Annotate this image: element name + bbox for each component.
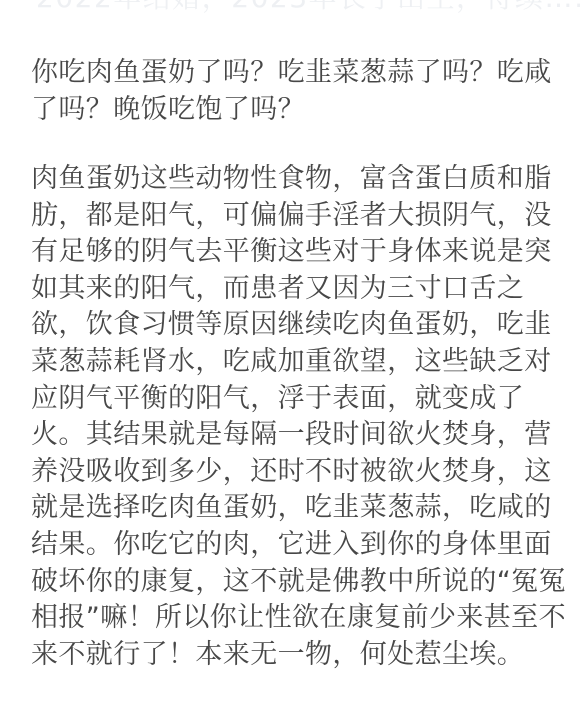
question-line-1: 你吃肉鱼蛋奶了吗？吃韭菜葱蒜了吗？吃咸 [31, 55, 561, 92]
body-line-13: 相报”嘛！所以你让性欲在康复前少来甚至不 [31, 600, 561, 637]
body-line-12: 破坏你的康复，这不就是佛教中所说的“冤冤 [31, 564, 561, 601]
body-line-9: 养没吸收到多少，还时不时被欲火焚身，这 [31, 454, 561, 491]
body-paragraph: 肉鱼蛋奶这些动物性食物，富含蛋白质和脂 肪，都是阳气，可偏偏手淫者大损阴气，没 … [31, 161, 561, 673]
page: { "page": { "background_color": "#ffffff… [0, 0, 580, 710]
body-line-4: 如其来的阳气，而患者又因为三寸口舌之 [31, 271, 561, 308]
body-line-6: 菜葱蒜耗肾水，吃咸加重欲望，这些缺乏对 [31, 344, 561, 381]
scroll-area[interactable]: 2022年结婚，2023年长子出生，待续…… 你吃肉鱼蛋奶了吗？吃韭菜葱蒜了吗？… [0, 0, 580, 710]
body-line-14: 来不就行了！本来无一物，何处惹尘埃。 [31, 637, 561, 674]
question-line-2: 了吗？晚饭吃饱了吗？ [31, 92, 561, 129]
body-line-10: 就是选择吃肉鱼蛋奶，吃韭菜葱蒜，吃咸的 [31, 490, 561, 527]
body-line-5: 欲，饮食习惯等原因继续吃肉鱼蛋奶，吃韭 [31, 307, 561, 344]
previous-content-teaser: 2022年结婚，2023年长子出生，待续…… [36, 0, 580, 18]
body-line-7: 应阴气平衡的阳气，浮于表面，就变成了 [31, 381, 561, 418]
body-line-3: 有足够的阴气去平衡这些对于身体来说是突 [31, 234, 561, 271]
body-line-11: 结果。你吃它的肉，它进入到你的身体里面 [31, 527, 561, 564]
body-line-1: 肉鱼蛋奶这些动物性食物，富含蛋白质和脂 [31, 161, 561, 198]
body-line-2: 肪，都是阳气，可偏偏手淫者大损阴气，没 [31, 198, 561, 235]
body-line-8: 火。其结果就是每隔一段时间欲火焚身，营 [31, 417, 561, 454]
question-paragraph: 你吃肉鱼蛋奶了吗？吃韭菜葱蒜了吗？吃咸 了吗？晚饭吃饱了吗？ [31, 55, 561, 128]
